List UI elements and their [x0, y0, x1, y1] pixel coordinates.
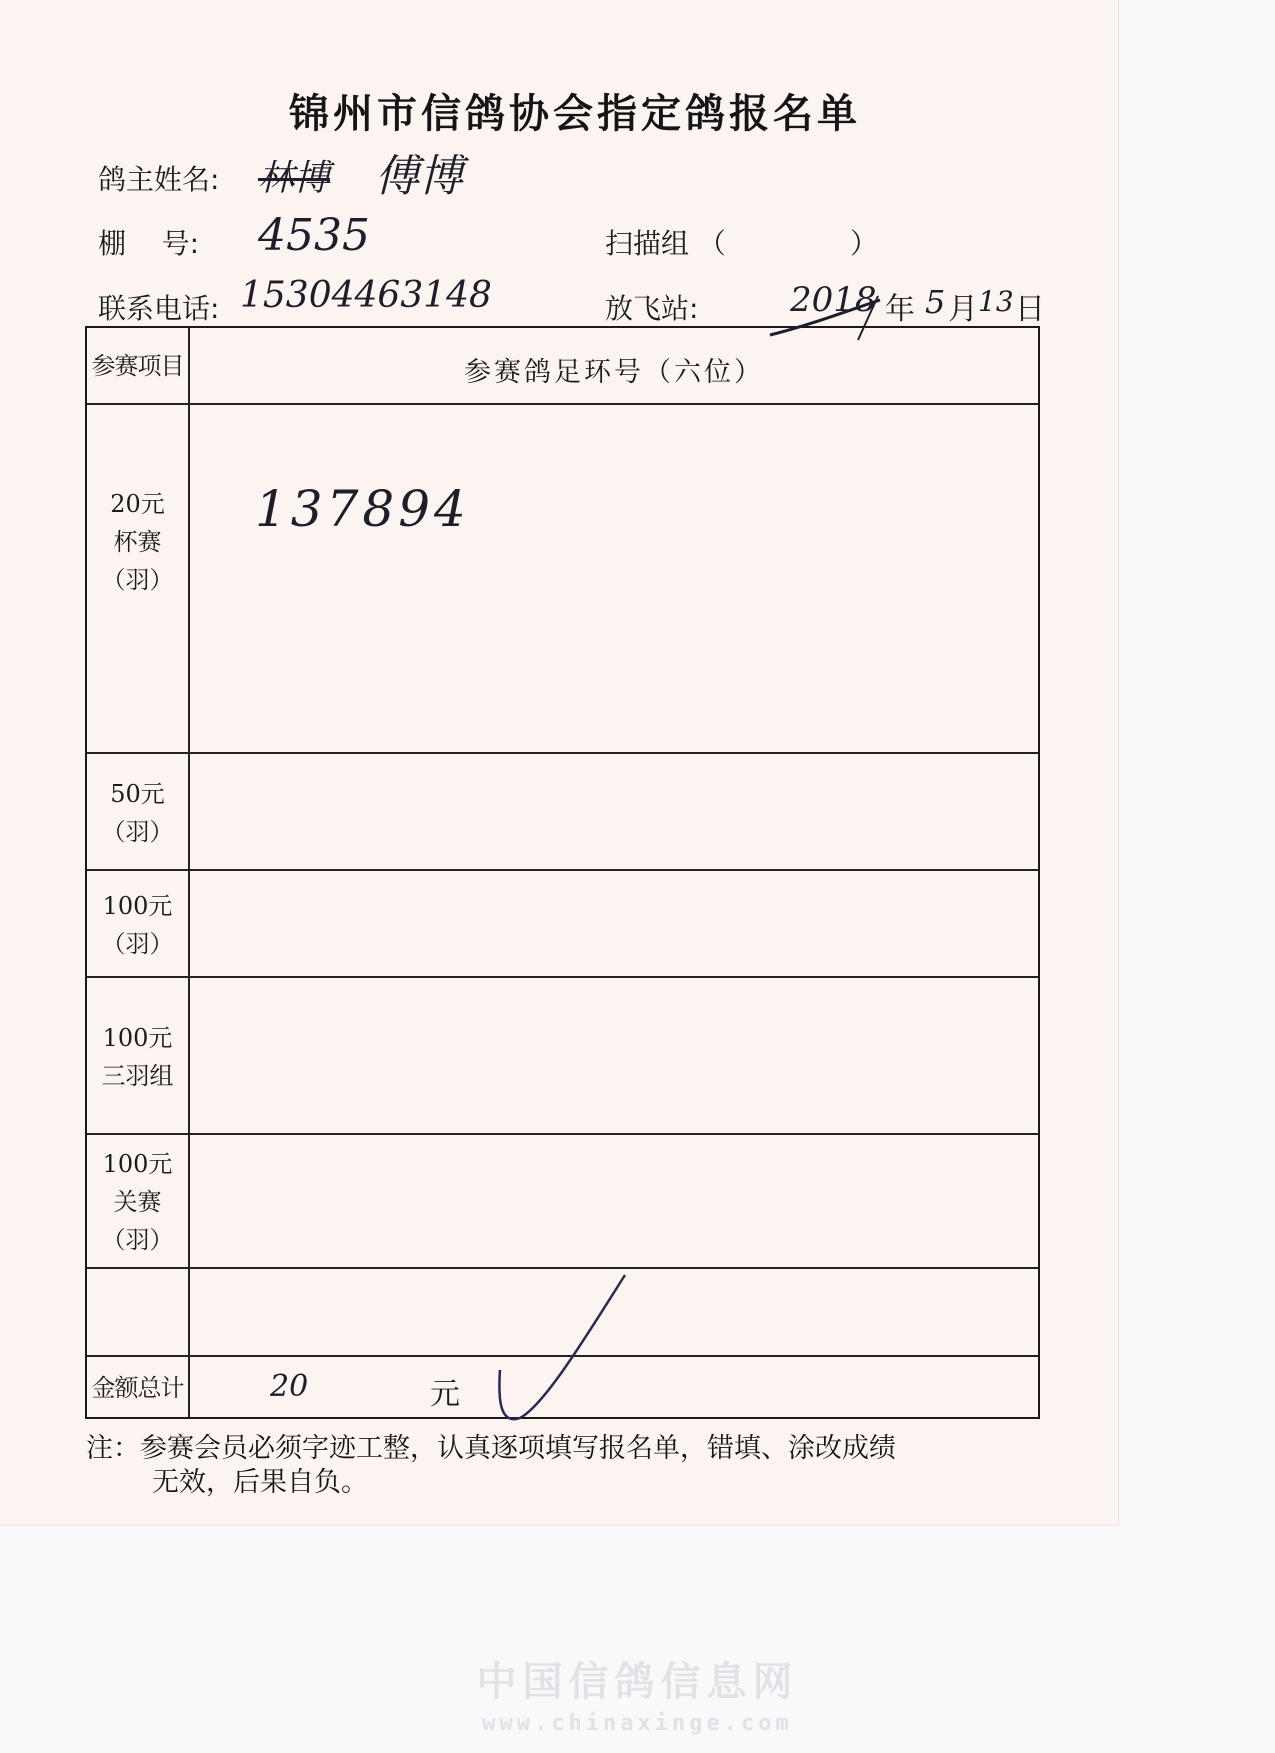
release-year-value[interactable]: 2018: [790, 280, 877, 320]
row-label-cup-race: 20元 杯赛 （羽）: [87, 405, 188, 754]
total-amount-value: 20: [270, 1369, 308, 1404]
phone-value[interactable]: 15304463148: [240, 275, 492, 316]
loft-number-value[interactable]: 4535: [258, 210, 370, 261]
total-amount-cell[interactable]: 20 元: [190, 1357, 1038, 1419]
row-label-empty: [87, 1269, 188, 1357]
ring-number-input-final-race[interactable]: [190, 1135, 1038, 1269]
owner-name-value[interactable]: 傅博: [375, 140, 463, 204]
note-line-1: 注：参赛会员必须字迹工整，认真逐项填写报名单，错填、涂改成绩: [86, 1433, 896, 1464]
form-title: 锦州市信鸽协会指定鸽报名单: [0, 82, 1150, 139]
table-row: [87, 1267, 1038, 1357]
scan-group-close-paren: ）: [850, 222, 878, 262]
ring-number-input-cup-race[interactable]: 137894: [190, 405, 1038, 754]
phone-label: 联系电话:: [98, 287, 219, 327]
watermark-site-name: 中国信鸽信息网: [0, 1650, 1275, 1707]
loft-number-label: 棚 号:: [98, 222, 199, 262]
form-note: 注：参赛会员必须字迹工整，认真逐项填写报名单，错填、涂改成绩 无效，后果自负。: [86, 1432, 1076, 1500]
ring-number-input-three-bird-group[interactable]: [190, 978, 1038, 1135]
header-category: 参赛项目: [87, 328, 188, 403]
table-row: 100元 关赛 （羽）: [87, 1133, 1038, 1269]
ring-number-input-empty[interactable]: [190, 1269, 1038, 1357]
ring-number-input-50[interactable]: [190, 754, 1038, 871]
row-label-50: 50元 （羽）: [87, 754, 188, 871]
entry-table: 参赛项目 参赛鸽足环号（六位） 20元 杯赛 （羽） 137894 50元 （羽…: [85, 326, 1040, 1419]
release-day-label: 日: [1015, 284, 1045, 328]
table-row: 20元 杯赛 （羽） 137894: [87, 403, 1038, 754]
release-month-label: 月: [948, 284, 978, 328]
table-row: 50元 （羽）: [87, 752, 1038, 871]
total-unit: 元: [430, 1369, 460, 1413]
row-label-final-race: 100元 关赛 （羽）: [87, 1135, 188, 1269]
owner-name-struck-value: 林博: [258, 150, 330, 201]
release-month-value[interactable]: 5: [925, 283, 945, 321]
table-row: 100元 （羽）: [87, 869, 1038, 978]
header-ring-numbers: 参赛鸽足环号（六位）: [190, 350, 1038, 389]
owner-name-label: 鸽主姓名:: [98, 158, 219, 198]
row-label-three-bird-group: 100元 三羽组: [87, 978, 188, 1135]
ring-number-value: 137894: [255, 480, 470, 538]
form-paper: 锦州市信鸽协会指定鸽报名单 鸽主姓名: 林博 傅博 棚 号: 4535 扫描组 …: [0, 0, 1119, 1526]
total-label: 金额总计: [87, 1357, 188, 1419]
table-row: 100元 三羽组: [87, 976, 1038, 1135]
scan-group-label: 扫描组 （: [605, 222, 726, 262]
release-station-label: 放飞站:: [605, 287, 698, 327]
release-year-label: 年: [885, 284, 915, 328]
table-total-row: 金额总计 20 元: [87, 1355, 1038, 1419]
note-line-2: 无效，后果自负。: [86, 1466, 1076, 1500]
release-day-value[interactable]: 13: [978, 285, 1014, 318]
site-watermark: 中国信鸽信息网 www.chinaxinge.com: [0, 1650, 1275, 1736]
ring-number-input-100[interactable]: [190, 871, 1038, 978]
row-label-100: 100元 （羽）: [87, 871, 188, 978]
watermark-url: www.chinaxinge.com: [0, 1711, 1275, 1736]
table-header-row: 参赛项目 参赛鸽足环号（六位）: [87, 328, 1038, 403]
